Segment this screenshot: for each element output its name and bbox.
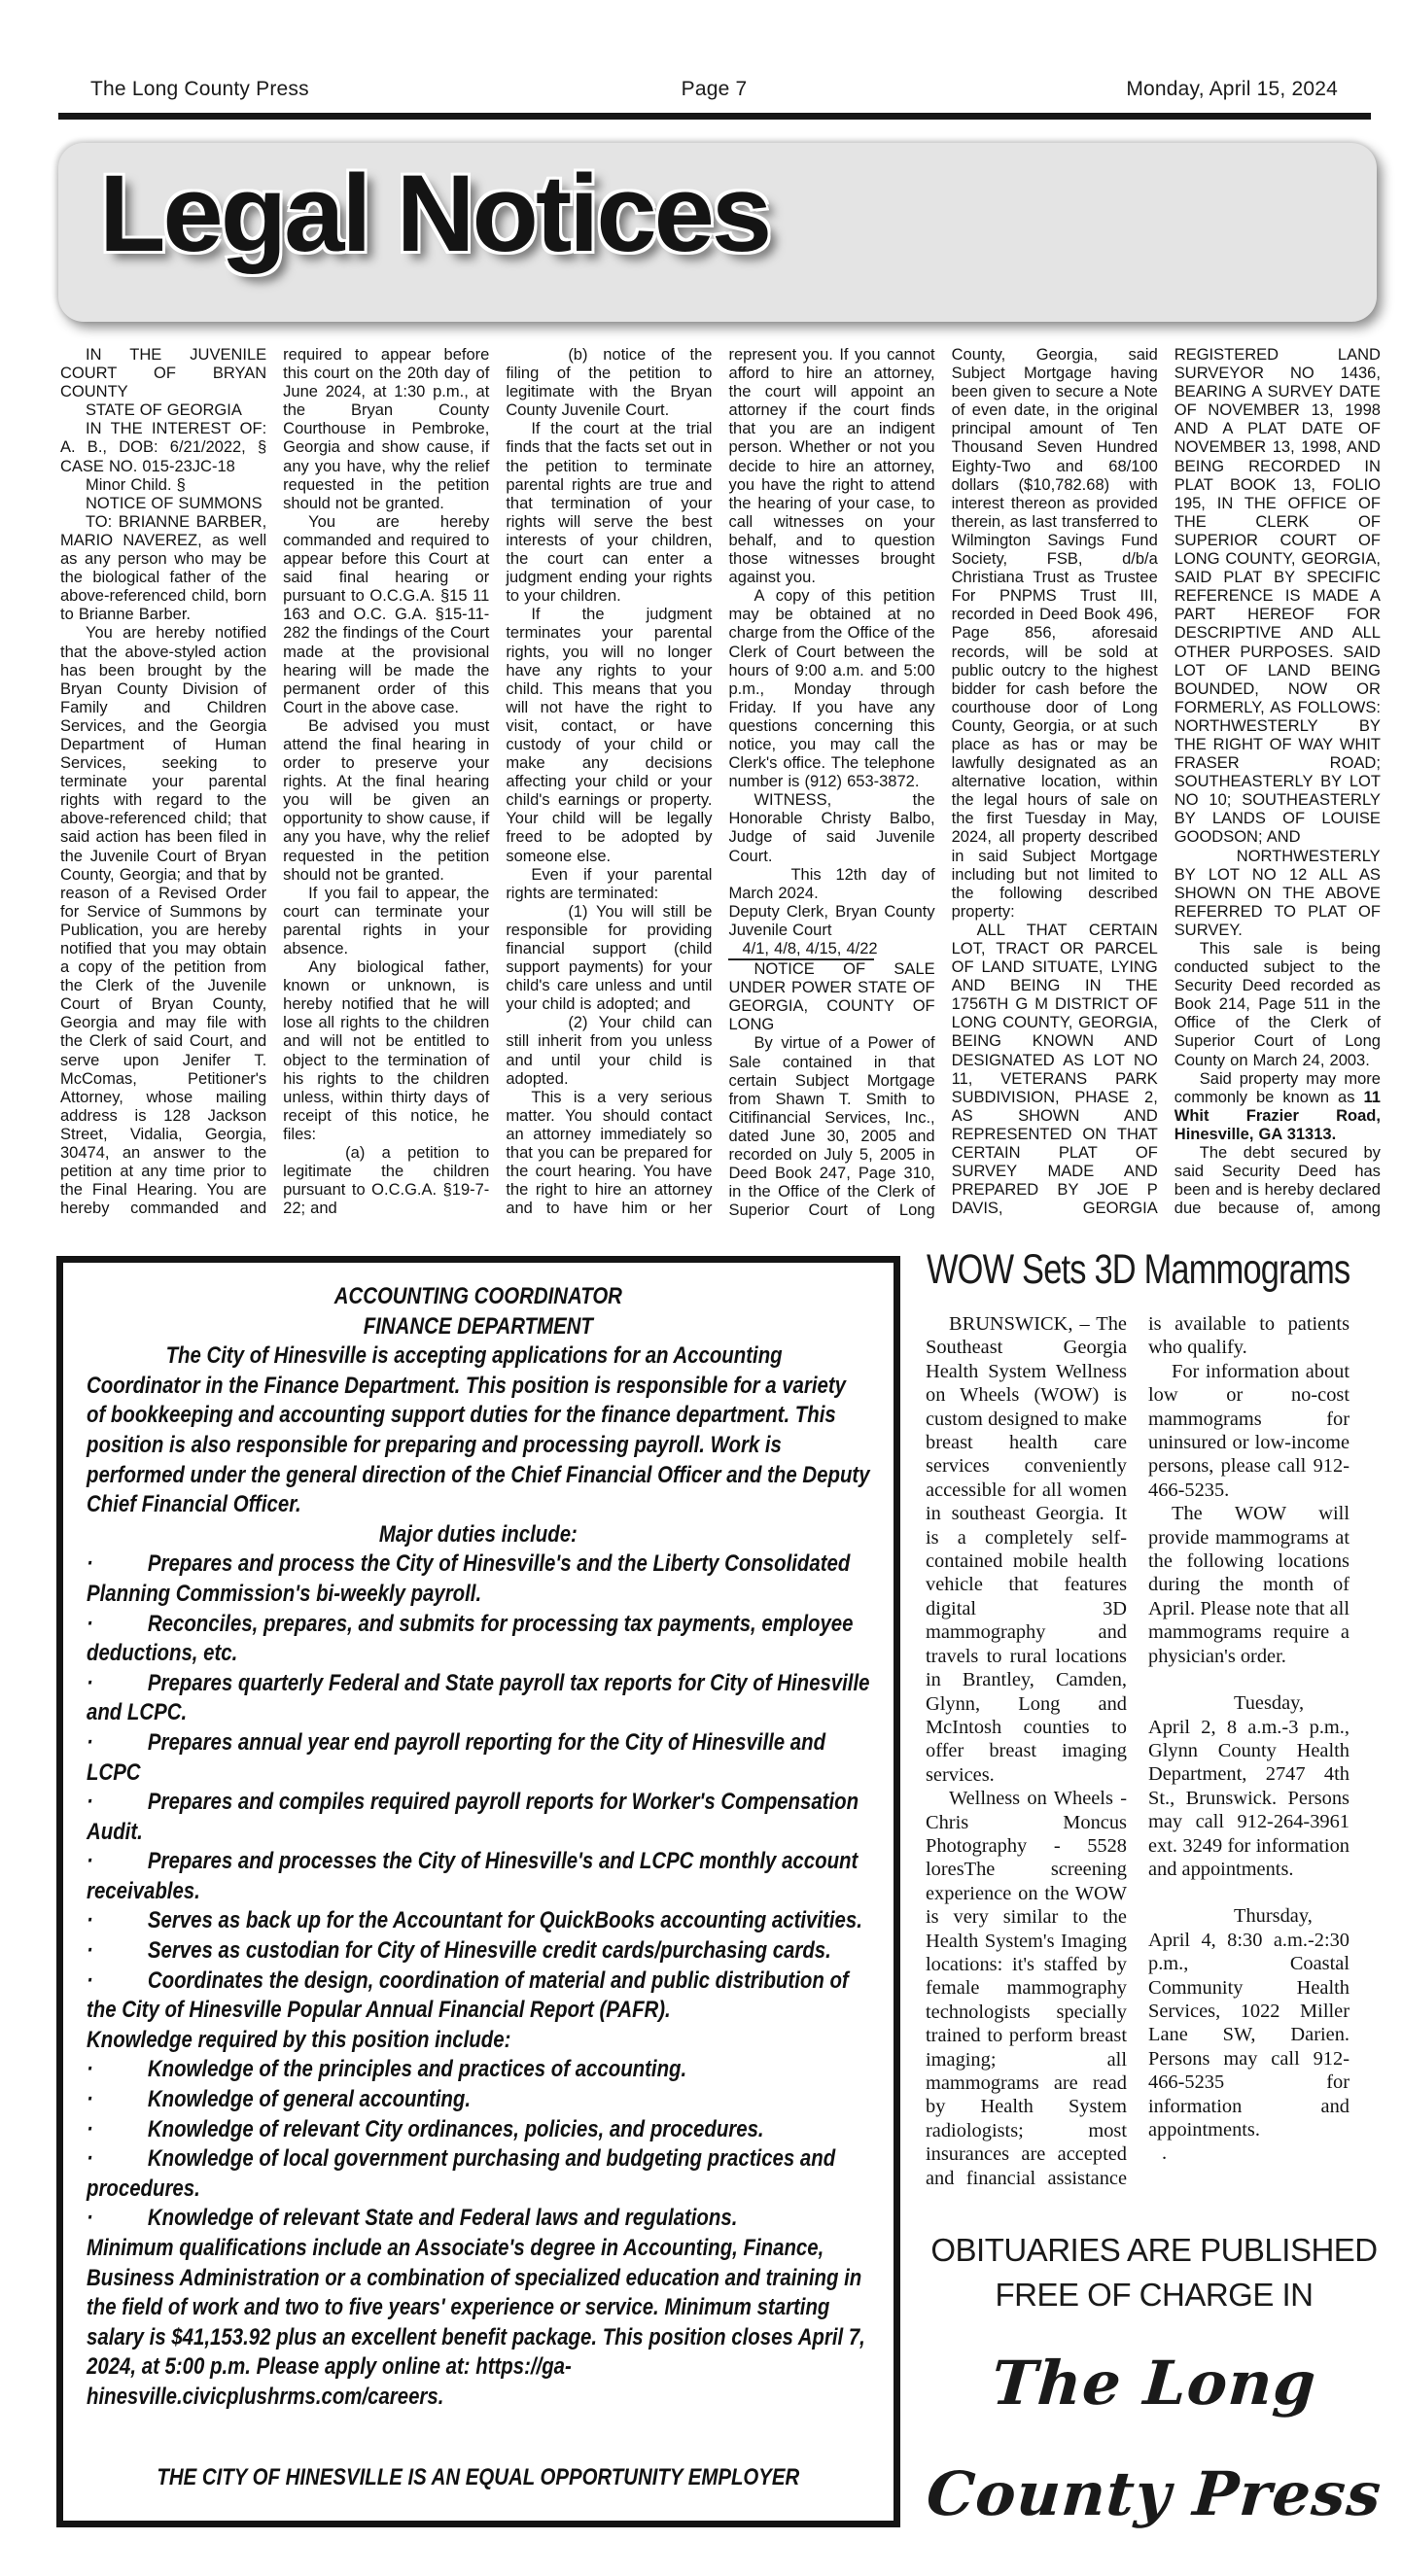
article-body-columns: BRUNSWICK, – The Southeast Georgia Healt…	[926, 1312, 1349, 2193]
legal-paragraph: Even if your parental rights are termina…	[506, 866, 712, 903]
legal-paragraph: Minor Child. §	[60, 476, 266, 495]
bullet-marker: ·	[87, 1669, 148, 1699]
legal-paragraph: Be advised you must attend the final hea…	[283, 717, 489, 885]
legal-paragraph: TO: BRIANNE BARBER, MARIO NAVEREZ, as we…	[60, 513, 266, 625]
job-ad-paragraph: ·Prepares and process the City of Hinesv…	[87, 1549, 870, 1609]
obituaries-promo-line2: FREE OF CHARGE IN	[906, 2273, 1402, 2317]
bullet-marker: ·	[87, 1610, 148, 1640]
legal-notices-columns: IN THE JUVENILE COURT OF BRYAN COUNTYSTA…	[60, 346, 1381, 1236]
legal-paragraph: A copy of this petition may be obtained …	[728, 587, 934, 791]
job-ad-paragraph: ACCOUNTING COORDINATOR	[87, 1282, 870, 1312]
legal-paragraph: Said property may more commonly be known…	[1174, 1070, 1381, 1144]
legal-paragraph: If the judgment terminates your parental…	[506, 606, 712, 865]
job-ad-paragraph: ·Reconciles, prepares, and submits for p…	[87, 1610, 870, 1669]
bullet-marker: ·	[87, 2085, 148, 2115]
bullet-marker: ·	[87, 2144, 148, 2175]
bullet-marker: ·	[87, 2115, 148, 2145]
bullet-marker: ·	[87, 1847, 148, 1877]
legal-paragraph: WITNESS, the Honorable Christy Balbo, Ju…	[728, 791, 934, 865]
page-number-label: Page 7	[90, 78, 1338, 101]
legal-paragraph: IN THE JUVENILE COURT OF BRYAN COUNTY	[60, 346, 266, 401]
job-ad-paragraph: ·Prepares quarterly Federal and State pa…	[87, 1669, 870, 1728]
header-divider	[58, 113, 1371, 120]
article-paragraph: The WOW will provide mammograms at the f…	[1148, 1502, 1349, 1668]
bullet-marker: ·	[87, 2204, 148, 2234]
bullet-marker: ·	[87, 2055, 148, 2085]
legal-paragraph: Any biological father, known or unknown,…	[283, 958, 489, 1144]
legal-paragraph: (1) You will still be responsible for pr…	[506, 903, 712, 1015]
job-ad-paragraph: FINANCE DEPARTMENT	[87, 1312, 870, 1342]
job-ad-paragraph: ·Knowledge of general accounting.	[87, 2085, 870, 2115]
page-header: The Long County Press Page 7 Monday, Apr…	[90, 78, 1338, 101]
legal-paragraph: If the court at the trial finds that the…	[506, 420, 712, 606]
job-ad-paragraph: ·Serves as custodian for City of Hinesvi…	[87, 1936, 870, 1967]
legal-paragraph: If you fail to appear, the court can ter…	[283, 885, 489, 958]
article-paragraph: .	[1148, 2141, 1349, 2165]
job-ad-paragraph: Knowledge required by this position incl…	[87, 2026, 870, 2056]
legal-paragraph: This 12th day of March 2024.	[728, 866, 934, 903]
legal-paragraph: You are hereby commanded and required to…	[283, 513, 489, 717]
legal-paragraph: NOTICE OF SUMMONS	[60, 495, 266, 513]
bullet-marker: ·	[87, 1728, 148, 1758]
job-ad-paragraph: ·Serves as back up for the Accountant fo…	[87, 1906, 870, 1936]
bullet-marker: ·	[87, 1788, 148, 1818]
job-ad-paragraph: ·Prepares and compiles required payroll …	[87, 1788, 870, 1847]
legal-notices-banner: Legal Notices	[58, 143, 1377, 322]
job-ad-box: ACCOUNTING COORDINATORFINANCE DEPARTMENT…	[56, 1256, 900, 2527]
masthead-script-line2: County Press	[903, 2450, 1402, 2539]
article-paragraph: Tuesday, April 2, 8 a.m.-3 p.m., Glynn C…	[1148, 1691, 1349, 1881]
article-paragraph: BRUNSWICK, – The Southeast Georgia Healt…	[926, 1312, 1127, 1787]
obituaries-promo: OBITUARIES ARE PUBLISHED FREE OF CHARGE …	[906, 2228, 1402, 2539]
article-paragraph: For information about low or no-cost mam…	[1148, 1360, 1349, 1502]
job-ad-content: ACCOUNTING COORDINATORFINANCE DEPARTMENT…	[87, 1282, 870, 2492]
masthead-script-line1: The Long	[903, 2339, 1402, 2428]
legal-paragraph: (b) notice of the filing of the petition…	[506, 346, 712, 420]
bullet-marker: ·	[87, 1936, 148, 1967]
job-ad-paragraph: The City of Hinesville is accepting appl…	[87, 1341, 870, 1520]
bullet-marker: ·	[87, 1906, 148, 1936]
legal-paragraph: (2) Your child can still inherit from yo…	[506, 1014, 712, 1088]
job-ad-paragraph: ·Knowledge of relevant State and Federal…	[87, 2204, 870, 2234]
obituaries-promo-line1: OBITUARIES ARE PUBLISHED	[906, 2228, 1402, 2273]
legal-paragraph: (a) a petition to legitimate the childre…	[283, 1144, 489, 1218]
article-headline: WOW Sets 3D Mammograms	[927, 1246, 1349, 1294]
job-ad-paragraph: ·Knowledge of relevant City ordinances, …	[87, 2115, 870, 2145]
legal-paragraph: NORTHWESTERLY BY LOT NO 12 ALL AS SHOWN …	[1174, 848, 1381, 940]
legal-paragraph: STATE OF GEORGIA	[60, 401, 266, 420]
job-ad-paragraph: Major duties include:	[87, 1520, 870, 1550]
newspaper-page: { "header": { "publication": "The Long C…	[0, 0, 1402, 2576]
article-paragraph: Thursday, April 4, 8:30 a.m.-2:30 p.m., …	[1148, 1904, 1349, 2141]
job-ad-paragraph: THE CITY OF HINESVILLE IS AN EQUAL OPPOR…	[87, 2463, 870, 2493]
job-ad-paragraph: ·Knowledge of the principles and practic…	[87, 2055, 870, 2085]
job-ad-paragraph: ·Coordinates the design, coordination of…	[87, 1967, 870, 2026]
bullet-marker: ·	[87, 1967, 148, 1997]
legal-paragraph: 4/1, 4/8, 4/15, 4/22	[728, 940, 934, 958]
bullet-marker: ·	[87, 1549, 148, 1580]
legal-paragraph: NOTICE OF SALE UNDER POWER STATE OF GEOR…	[728, 960, 934, 1034]
legal-paragraph: IN THE INTEREST OF: A. B., DOB: 6/21/202…	[60, 420, 266, 475]
job-ad-paragraph: Minimum qualifications include an Associ…	[87, 2234, 870, 2413]
job-ad-paragraph: ·Knowledge of local government purchasin…	[87, 2144, 870, 2204]
section-title: Legal Notices	[58, 143, 1377, 276]
job-ad-paragraph: ·Prepares annual year end payroll report…	[87, 1728, 870, 1788]
job-ad-paragraph: ·Prepares and processes the City of Hine…	[87, 1847, 870, 1906]
legal-paragraph: Deputy Clerk, Bryan County Juvenile Cour…	[728, 903, 934, 940]
legal-paragraph: This sale is being conducted subject to …	[1174, 940, 1381, 1070]
